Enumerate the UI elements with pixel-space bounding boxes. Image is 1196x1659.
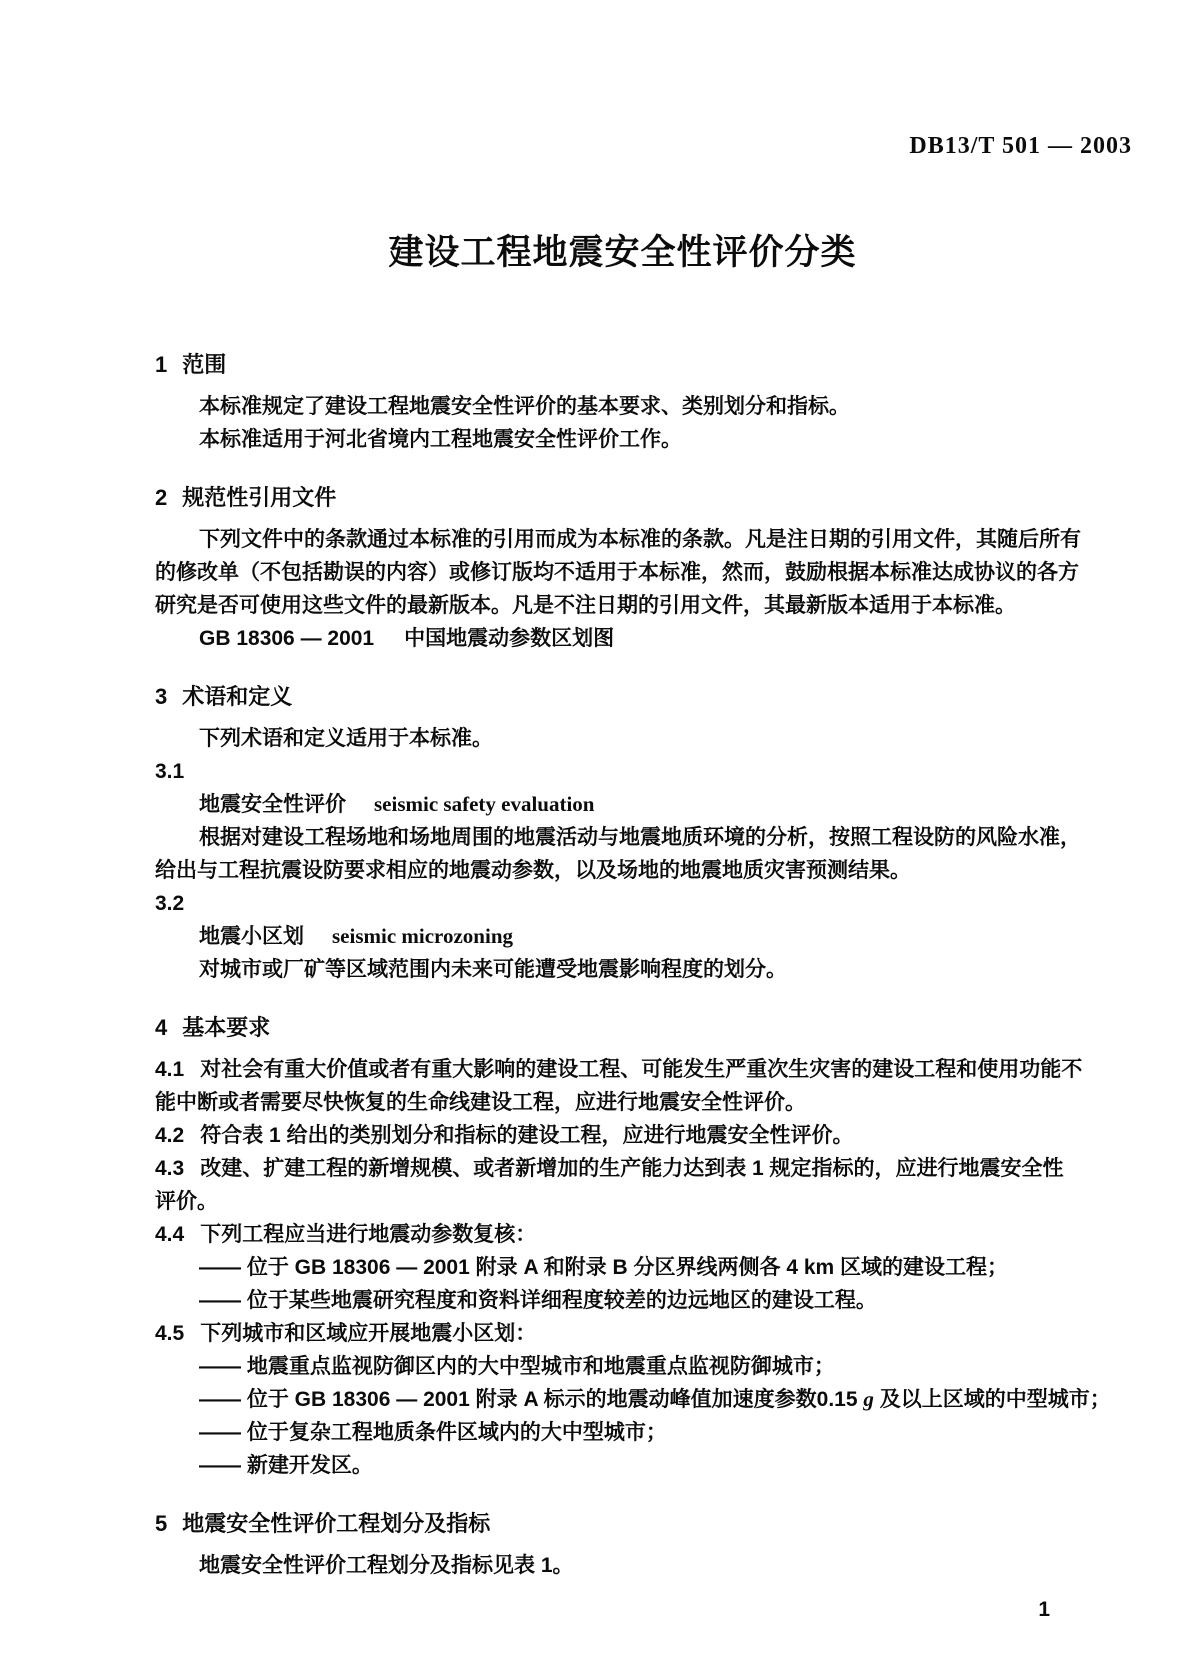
clause-number: 4.3 [155, 1157, 184, 1180]
clause-line: 评价。 [155, 1185, 1090, 1218]
clause-text: 改建、扩建工程的新增规模、或者新增加的生产能力达到表 1 规定指标的，应进行地震… [200, 1157, 1063, 1180]
clause-line: 4.3改建、扩建工程的新增规模、或者新增加的生产能力达到表 1 规定指标的，应进… [155, 1152, 1090, 1185]
clause-line: 4.4下列工程应当进行地震动参数复核： [155, 1218, 1090, 1251]
term-zh: 地震安全性评价 [199, 793, 346, 816]
definition-line: 根据对建设工程场地和场地周围的地震活动与地震地质环境的分析，按照工程设防的风险水… [155, 821, 1090, 854]
section-scope: 1范围 本标准规定了建设工程地震安全性评价的基本要求、类别划分和指标。 本标准适… [155, 350, 1090, 456]
acceleration-symbol: g [863, 1387, 874, 1411]
dash-list-item: —— 地震重点监视防御区内的大中型城市和地震重点监视防御城市； [155, 1350, 1090, 1383]
section-1-heading: 1范围 [155, 350, 1090, 380]
dash-list-item: —— 位于某些地震研究程度和资料详细程度较差的边远地区的建设工程。 [155, 1284, 1090, 1317]
section-3-body: 下列术语和定义适用于本标准。 3.1 地震安全性评价seismic safety… [155, 722, 1090, 986]
section-title: 基本要求 [182, 1015, 270, 1040]
section-classification-indicators: 5地震安全性评价工程划分及指标 地震安全性评价工程划分及指标见表 1。 [155, 1509, 1090, 1582]
dash-item-text: —— 位于 GB 18306 — 2001 附录 A 标示的地震动峰值加速度参数… [199, 1388, 863, 1411]
term-en: seismic microzoning [332, 924, 513, 948]
section-title: 地震安全性评价工程划分及指标 [182, 1511, 490, 1536]
section-basic-requirements: 4基本要求 4.1对社会有重大价值或者有重大影响的建设工程、可能发生严重次生灾害… [155, 1013, 1090, 1482]
clause-number: 4.5 [155, 1322, 184, 1345]
dash-list-item: —— 位于复杂工程地质条件区域内的大中型城市； [155, 1416, 1090, 1449]
term-zh: 地震小区划 [199, 925, 304, 948]
paragraph-line: 的修改单（不包括勘误的内容）或修订版均不适用于本标准，然而，鼓励根据本标准达成协… [155, 556, 1090, 589]
document-title: 建设工程地震安全性评价分类 [155, 232, 1090, 274]
section-title: 术语和定义 [182, 684, 292, 709]
reference-code: GB 18306 — 2001 [199, 627, 374, 650]
section-3-heading: 3术语和定义 [155, 682, 1090, 712]
section-5-heading: 5地震安全性评价工程划分及指标 [155, 1509, 1090, 1539]
paragraph-line: 下列术语和定义适用于本标准。 [155, 722, 1090, 755]
clause-number: 4.4 [155, 1223, 184, 1246]
paragraph-line: 本标准规定了建设工程地震安全性评价的基本要求、类别划分和指标。 [155, 390, 1090, 423]
clause-line: 4.5下列城市和区域应开展地震小区划： [155, 1317, 1090, 1350]
paragraph-line: 本标准适用于河北省境内工程地震安全性评价工作。 [155, 423, 1090, 456]
document-page: DB13/T 501 — 2003 建设工程地震安全性评价分类 1范围 本标准规… [0, 0, 1196, 1582]
section-4-heading: 4基本要求 [155, 1013, 1090, 1043]
section-5-body: 地震安全性评价工程划分及指标见表 1。 [155, 1549, 1090, 1582]
clause-number: 4.2 [155, 1124, 184, 1147]
clause-line: 4.1对社会有重大价值或者有重大影响的建设工程、可能发生严重次生灾害的建设工程和… [155, 1053, 1090, 1086]
section-number: 2 [155, 485, 167, 510]
section-4-body: 4.1对社会有重大价值或者有重大影响的建设工程、可能发生严重次生灾害的建设工程和… [155, 1053, 1090, 1482]
clause-text: 符合表 1 给出的类别划分和指标的建设工程，应进行地震安全性评价。 [200, 1124, 853, 1147]
clause-text: 下列城市和区域应开展地震小区划： [200, 1322, 536, 1345]
definition-line: 给出与工程抗震设防要求相应的地震动参数，以及场地的地震地质灾害预测结果。 [155, 854, 1090, 887]
paragraph-line: 下列文件中的条款通过本标准的引用而成为本标准的条款。凡是注日期的引用文件，其随后… [155, 523, 1090, 556]
section-number: 3 [155, 684, 167, 709]
section-terms-definitions: 3术语和定义 下列术语和定义适用于本标准。 3.1 地震安全性评价seismic… [155, 682, 1090, 986]
reference-entry: GB 18306 — 2001中国地震动参数区划图 [155, 622, 1090, 655]
dash-list-item: —— 位于 GB 18306 — 2001 附录 A 标示的地震动峰值加速度参数… [155, 1383, 1090, 1416]
term-number: 3.1 [155, 755, 1090, 788]
clause-number: 4.1 [155, 1058, 184, 1081]
clause-line: 4.2符合表 1 给出的类别划分和指标的建设工程，应进行地震安全性评价。 [155, 1119, 1090, 1152]
term-entry: 地震小区划seismic microzoning [155, 920, 1090, 953]
paragraph-line: 研究是否可使用这些文件的最新版本。凡是不注日期的引用文件，其最新版本适用于本标准… [155, 589, 1090, 622]
section-number: 1 [155, 352, 167, 377]
section-number: 5 [155, 1511, 167, 1536]
term-number: 3.2 [155, 887, 1090, 920]
section-title: 规范性引用文件 [182, 485, 336, 510]
definition-line: 对城市或厂矿等区域范围内未来可能遭受地震影响程度的划分。 [155, 953, 1090, 986]
section-2-heading: 2规范性引用文件 [155, 483, 1090, 513]
page-number: 1 [1038, 1598, 1050, 1622]
dash-list-item: —— 位于 GB 18306 — 2001 附录 A 和附录 B 分区界线两侧各… [155, 1251, 1090, 1284]
dash-item-text: 及以上区域的中型城市； [874, 1388, 1111, 1411]
section-title: 范围 [182, 352, 226, 377]
section-number: 4 [155, 1015, 167, 1040]
clause-text: 下列工程应当进行地震动参数复核： [200, 1223, 536, 1246]
term-entry: 地震安全性评价seismic safety evaluation [155, 788, 1090, 821]
section-normative-references: 2规范性引用文件 下列文件中的条款通过本标准的引用而成为本标准的条款。凡是注日期… [155, 483, 1090, 655]
term-en: seismic safety evaluation [374, 792, 594, 816]
section-1-body: 本标准规定了建设工程地震安全性评价的基本要求、类别划分和指标。 本标准适用于河北… [155, 390, 1090, 456]
header-doc-code: DB13/T 501 — 2003 [155, 132, 1132, 160]
dash-list-item: —— 新建开发区。 [155, 1449, 1090, 1482]
reference-title: 中国地震动参数区划图 [404, 627, 614, 650]
clause-text: 对社会有重大价值或者有重大影响的建设工程、可能发生严重次生灾害的建设工程和使用功… [200, 1058, 1082, 1081]
clause-line: 能中断或者需要尽快恢复的生命线建设工程，应进行地震安全性评价。 [155, 1086, 1090, 1119]
section-2-body: 下列文件中的条款通过本标准的引用而成为本标准的条款。凡是注日期的引用文件，其随后… [155, 523, 1090, 655]
paragraph-line: 地震安全性评价工程划分及指标见表 1。 [155, 1549, 1090, 1582]
